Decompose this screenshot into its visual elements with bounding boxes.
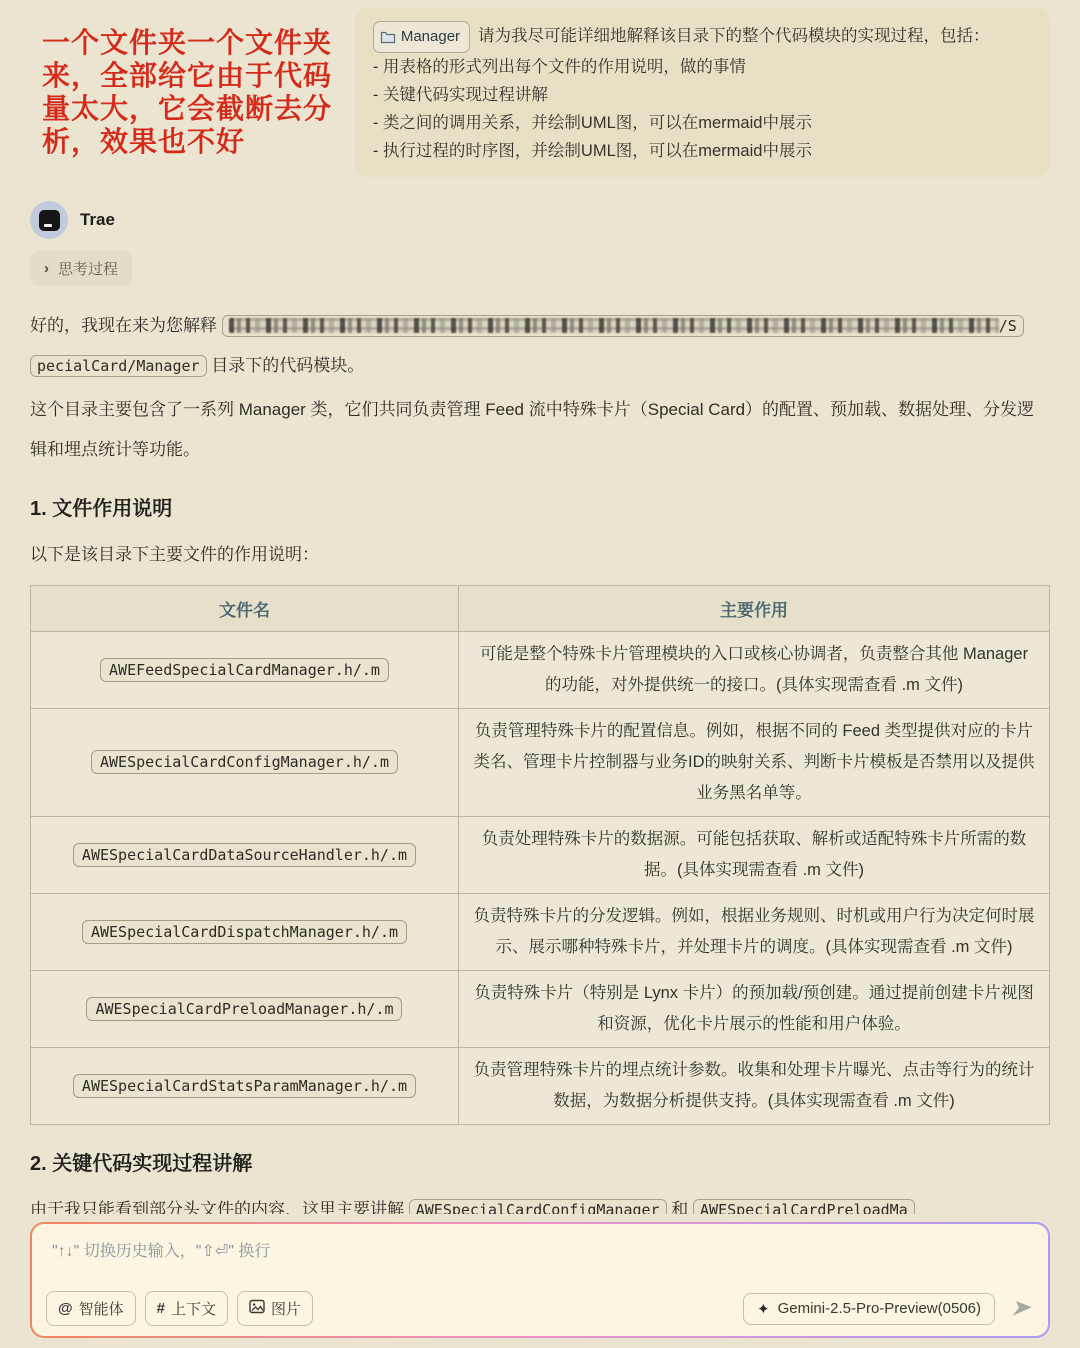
table-row: AWESpecialCardPreloadManager.h/.m 负责特殊卡片… [31, 971, 1050, 1048]
directory-path-code-wrap: pecialCard/Manager [30, 355, 207, 377]
send-button[interactable] [1010, 1297, 1034, 1321]
user-message-bullet: - 用表格的形式列出每个文件的作用说明，做的事情 [373, 53, 1032, 81]
folder-attachment-chip[interactable]: Manager [373, 21, 470, 53]
intro-suffix: 目录下的代码模块。 [207, 356, 365, 375]
column-header-purpose: 主要作用 [458, 586, 1049, 632]
table-row: AWESpecialCardStatsParamManager.h/.m 负责管… [31, 1048, 1050, 1125]
config-manager-code: AWESpecialCardConfigManager [409, 1199, 667, 1214]
file-desc: 负责特殊卡片的分发逻辑。例如，根据业务规则、时机或用户行为决定何时展示、展示哪种… [458, 894, 1049, 971]
chevron-right-icon: › [44, 260, 49, 277]
file-code-chip: AWESpecialCardPreloadManager.h/.m [86, 997, 402, 1021]
user-message-bullet: - 关键代码实现过程讲解 [373, 81, 1032, 109]
file-table: 文件名 主要作用 AWEFeedSpecialCardManager.h/.m … [30, 585, 1050, 1125]
thinking-process-label: 思考过程 [58, 258, 118, 279]
folder-attachment-label: Manager [401, 23, 460, 51]
model-selector-label: Gemini-2.5-Pro-Preview(0506) [778, 1300, 981, 1317]
agent-button[interactable]: @ 智能体 [46, 1291, 136, 1326]
file-code-chip: AWESpecialCardDataSourceHandler.h/.m [73, 843, 416, 867]
at-icon: @ [58, 1300, 73, 1317]
model-selector[interactable]: ✦ Gemini-2.5-Pro-Preview(0506) [743, 1293, 995, 1325]
section-1-title: 1. 文件作用说明 [30, 492, 1050, 521]
sparkle-icon: ✦ [757, 1300, 770, 1318]
intro-prefix: 好的，我现在来为您解释 [30, 316, 222, 335]
chat-scroll-area[interactable]: 一个文件夹一个文件夹来，全部给它由于代码量太大，它会截断去分析，效果也不好 Ma… [0, 0, 1080, 1214]
chat-input[interactable] [46, 1234, 1034, 1268]
user-message-bullet: - 执行过程的时序图，并绘制UML图，可以在mermaid中展示 [373, 137, 1032, 165]
section-2-clipped-line: 由于我只能看到部分头文件的内容，这里主要讲解 AWESpecialCardCon… [30, 1190, 1050, 1214]
path-tail-1: /S [999, 317, 1017, 335]
file-desc: 负责管理特殊卡片的配置信息。例如，根据不同的 Feed 类型提供对应的卡片类名、… [458, 709, 1049, 817]
image-icon [249, 1299, 265, 1318]
file-code-chip: AWEFeedSpecialCardManager.h/.m [100, 658, 389, 682]
file-desc: 负责特殊卡片（特别是 Lynx 卡片）的预加载/预创建。通过提前创建卡片视图和资… [458, 971, 1049, 1048]
context-button-label: 上下文 [171, 1298, 216, 1319]
folder-icon [380, 30, 396, 44]
file-desc: 负责管理特殊卡片的埋点统计参数。收集和处理卡片曝光、点击等行为的统计数据，为数据… [458, 1048, 1049, 1125]
table-intro: 以下是该目录下主要文件的作用说明： [30, 535, 1050, 575]
preload-manager-code: AWESpecialCardPreloadMa [693, 1199, 915, 1214]
table-row: AWESpecialCardDispatchManager.h/.m 负责特殊卡… [31, 894, 1050, 971]
image-button-label: 图片 [271, 1298, 301, 1319]
table-header-row: 文件名 主要作用 [31, 586, 1050, 632]
assistant-header: Trae [30, 201, 1050, 239]
image-button[interactable]: 图片 [237, 1291, 313, 1326]
red-annotation: 一个文件夹一个文件夹来，全部给它由于代码量太大，它会截断去分析，效果也不好 [30, 8, 355, 158]
overview-paragraph: 这个目录主要包含了一系列 Manager 类，它们共同负责管理 Feed 流中特… [30, 390, 1050, 470]
censored-path [229, 318, 999, 333]
section-2-prefix: 由于我只能看到部分头文件的内容，这里主要讲解 [30, 1200, 409, 1214]
file-code-chip: AWESpecialCardDispatchManager.h/.m [82, 920, 407, 944]
user-message-intro: 请为我尽可能详细地解释该目录下的整个代码模块的实现过程，包括： [478, 27, 990, 45]
file-desc: 负责处理特殊卡片的数据源。可能包括获取、解析或适配特殊卡片所需的数据。(具体实现… [458, 817, 1049, 894]
hash-icon: # [157, 1300, 165, 1317]
directory-path-code: /S [222, 315, 1024, 337]
table-row: AWESpecialCardDataSourceHandler.h/.m 负责处… [31, 817, 1050, 894]
trae-avatar [30, 201, 68, 239]
assistant-name: Trae [80, 210, 115, 230]
table-row: AWESpecialCardConfigManager.h/.m 负责管理特殊卡… [31, 709, 1050, 817]
path-tail-2: pecialCard/Manager [37, 357, 200, 375]
file-code-chip: AWESpecialCardStatsParamManager.h/.m [73, 1074, 416, 1098]
context-button[interactable]: # 上下文 [145, 1291, 228, 1326]
composer-toolbar: @ 智能体 # 上下文 图片 ✦ Gemini-2.5-Pro [46, 1291, 1034, 1326]
table-row: AWEFeedSpecialCardManager.h/.m 可能是整个特殊卡片… [31, 632, 1050, 709]
trae-logo-icon [39, 210, 60, 231]
intro-paragraph: 好的，我现在来为您解释 /S pecialCard/Manager 目录下的代码… [30, 306, 1050, 386]
section-2-conj: 和 [667, 1200, 693, 1214]
composer: @ 智能体 # 上下文 图片 ✦ Gemini-2.5-Pro [30, 1222, 1050, 1338]
user-message-bullet: - 类之间的调用关系，并绘制UML图，可以在mermaid中展示 [373, 109, 1032, 137]
section-2-title: 2. 关键代码实现过程讲解 [30, 1147, 1050, 1176]
assistant-message: 好的，我现在来为您解释 /S pecialCard/Manager 目录下的代码… [30, 306, 1050, 1214]
composer-inner: @ 智能体 # 上下文 图片 ✦ Gemini-2.5-Pro [32, 1224, 1048, 1336]
agent-button-label: 智能体 [79, 1298, 124, 1319]
thinking-process-toggle[interactable]: › 思考过程 [30, 251, 132, 286]
top-row: 一个文件夹一个文件夹来，全部给它由于代码量太大，它会截断去分析，效果也不好 Ma… [30, 8, 1050, 177]
file-desc: 可能是整个特殊卡片管理模块的入口或核心协调者，负责整合其他 Manager 的功… [458, 632, 1049, 709]
file-code-chip: AWESpecialCardConfigManager.h/.m [91, 750, 398, 774]
user-message-bubble: Manager 请为我尽可能详细地解释该目录下的整个代码模块的实现过程，包括： … [355, 8, 1050, 177]
column-header-filename: 文件名 [31, 586, 459, 632]
